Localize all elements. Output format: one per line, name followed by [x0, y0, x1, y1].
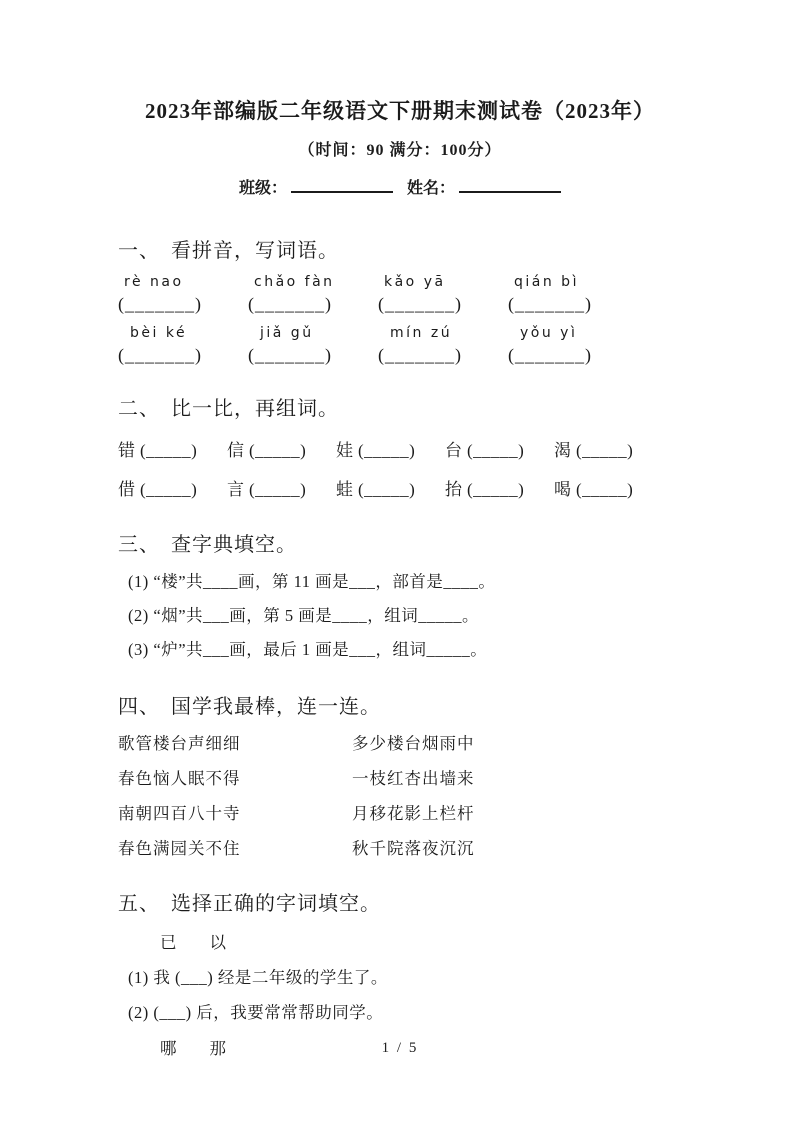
answer-blank: (_______) [118, 345, 248, 366]
pinyin-jia-gu: jiǎ gǔ [248, 325, 378, 341]
fill-in-item-1: (1) 我 (___) 经是二年级的学生了。 [118, 967, 682, 988]
pinyin-chao-fan: chǎo fàn [248, 274, 378, 290]
word-cell: 抬(_____) [445, 475, 554, 500]
pinyin-row-1: rè nao chǎo fàn kǎo yā qián bì [118, 274, 638, 290]
answer-blank: (_______) [248, 345, 378, 366]
word-cell: 信(_____) [227, 436, 336, 461]
word-cell: 渴(_____) [554, 436, 663, 461]
dictionary-item-3: (3) “炉”共___画，最后 1 画是___，组词_____。 [118, 639, 682, 660]
answer-blank: (_______) [378, 294, 508, 315]
pinyin-re-nao: rè nao [118, 274, 248, 290]
answer-blank: (_______) [118, 294, 248, 315]
answer-blank: (_______) [248, 294, 378, 315]
section-2-heading: 二、 比一比，再组词。 [118, 396, 682, 422]
poem-left-line-4: 春色满园关不住 [118, 839, 352, 859]
answer-blank: (_____) [576, 480, 633, 499]
poem-right-line-2: 一枝红杏出墙来 [352, 769, 682, 789]
poem-left-line-2: 春色恼人眠不得 [118, 769, 352, 789]
pinyin-min-zu: mín zú [378, 325, 508, 341]
poem-right-line-3: 月移花影上栏杆 [352, 804, 682, 824]
page-title: 2023年部编版二年级语文下册期末测试卷（2023年） [118, 98, 682, 124]
character: 娃 [336, 441, 353, 460]
dictionary-item-1: (1) “楼”共____画，第 11 画是___，部首是____。 [118, 571, 682, 592]
answer-blank: (_____) [576, 441, 633, 460]
answer-blank: (_____) [467, 480, 524, 499]
pinyin-you-yi: yǒu yì [508, 325, 638, 341]
poem-right-line-4: 秋千院落夜沉沉 [352, 839, 682, 859]
answer-blank: (_______) [508, 294, 638, 315]
character: 言 [227, 480, 244, 499]
pinyin-bei-ke: bèi ké [118, 325, 248, 341]
page-content: 2023年部编版二年级语文下册期末测试卷（2023年） （时间：90 满分：10… [0, 0, 800, 1059]
character: 抬 [445, 480, 462, 499]
character: 信 [227, 441, 244, 460]
word-cell: 言(_____) [227, 475, 336, 500]
answer-blank: (_______) [378, 345, 508, 366]
fill-in-item-2: (2) (___) 后，我要常常帮助同学。 [118, 1002, 682, 1023]
section-3-dictionary: 三、 查字典填空。 (1) “楼”共____画，第 11 画是___，部首是__… [118, 532, 682, 660]
page-number: 1 / 5 [0, 1040, 800, 1057]
section-5-fill-in: 五、 选择正确的字词填空。 已 以 (1) 我 (___) 经是二年级的学生了。… [118, 891, 682, 1059]
pinyin-row-2: bèi ké jiǎ gǔ mín zú yǒu yì [118, 325, 638, 341]
answer-bracket-row-2: (_______) (_______) (_______) (_______) [118, 345, 638, 366]
character: 蛙 [336, 480, 353, 499]
pinyin-kao-ya: kǎo yā [378, 274, 508, 290]
section-4-heading: 四、 国学我最棒，连一连。 [118, 694, 682, 720]
poem-match-grid: 歌管楼台声细细 多少楼台烟雨中 春色恼人眠不得 一枝红杏出墙来 南朝四百八十寺 … [118, 734, 682, 859]
section-1-pinyin-words: 一、 看拼音，写词语。 rè nao chǎo fàn kǎo yā qián … [118, 238, 682, 366]
word-row-1: 错(_____) 信(_____) 娃(_____) 台(_____) 渴(__… [118, 436, 682, 461]
section-2-word-building: 二、 比一比，再组词。 错(_____) 信(_____) 娃(_____) 台… [118, 396, 682, 500]
exam-paper-page: 2023年部编版二年级语文下册期末测试卷（2023年） （时间：90 满分：10… [0, 0, 800, 1131]
poem-left-line-1: 歌管楼台声细细 [118, 734, 352, 754]
word-cell: 借(_____) [118, 475, 227, 500]
answer-blank: (_____) [249, 441, 306, 460]
section-5-heading: 五、 选择正确的字词填空。 [118, 891, 682, 917]
answer-blank: (_______) [508, 345, 638, 366]
dictionary-item-2: (2) “烟”共___画，第 5 画是____，组词_____。 [118, 605, 682, 626]
answer-blank: (_____) [358, 441, 415, 460]
name-label: 姓名： [407, 180, 455, 197]
section-4-poem-matching: 四、 国学我最棒，连一连。 歌管楼台声细细 多少楼台烟雨中 春色恼人眠不得 一枝… [118, 694, 682, 859]
exam-time-score-line: （时间：90 满分：100分） [118, 137, 682, 160]
class-blank-line [291, 178, 393, 193]
character: 错 [118, 441, 135, 460]
poem-left-line-3: 南朝四百八十寺 [118, 804, 352, 824]
word-cell: 台(_____) [445, 436, 554, 461]
section-1-heading: 一、 看拼音，写词语。 [118, 238, 682, 264]
character: 借 [118, 480, 135, 499]
section-3-heading: 三、 查字典填空。 [118, 532, 682, 558]
answer-blank: (_____) [467, 441, 524, 460]
answer-blank: (_____) [358, 480, 415, 499]
word-cell: 喝(_____) [554, 475, 663, 500]
class-label: 班级： [239, 180, 287, 197]
poem-right-line-1: 多少楼台烟雨中 [352, 734, 682, 754]
pinyin-qian-bi: qián bì [508, 274, 638, 290]
answer-blank: (_____) [140, 480, 197, 499]
word-choice-pair-1: 已 以 [118, 929, 682, 953]
character: 渴 [554, 441, 571, 460]
answer-bracket-row-1: (_______) (_______) (_______) (_______) [118, 294, 638, 315]
character: 喝 [554, 480, 571, 499]
word-cell: 蛙(_____) [336, 475, 445, 500]
word-cell: 娃(_____) [336, 436, 445, 461]
answer-blank: (_____) [140, 441, 197, 460]
answer-blank: (_____) [249, 480, 306, 499]
student-info-line: 班级：姓名： [118, 175, 682, 198]
name-blank-line [459, 178, 561, 193]
word-row-2: 借(_____) 言(_____) 蛙(_____) 抬(_____) 喝(__… [118, 475, 682, 500]
character: 台 [445, 441, 462, 460]
word-cell: 错(_____) [118, 436, 227, 461]
